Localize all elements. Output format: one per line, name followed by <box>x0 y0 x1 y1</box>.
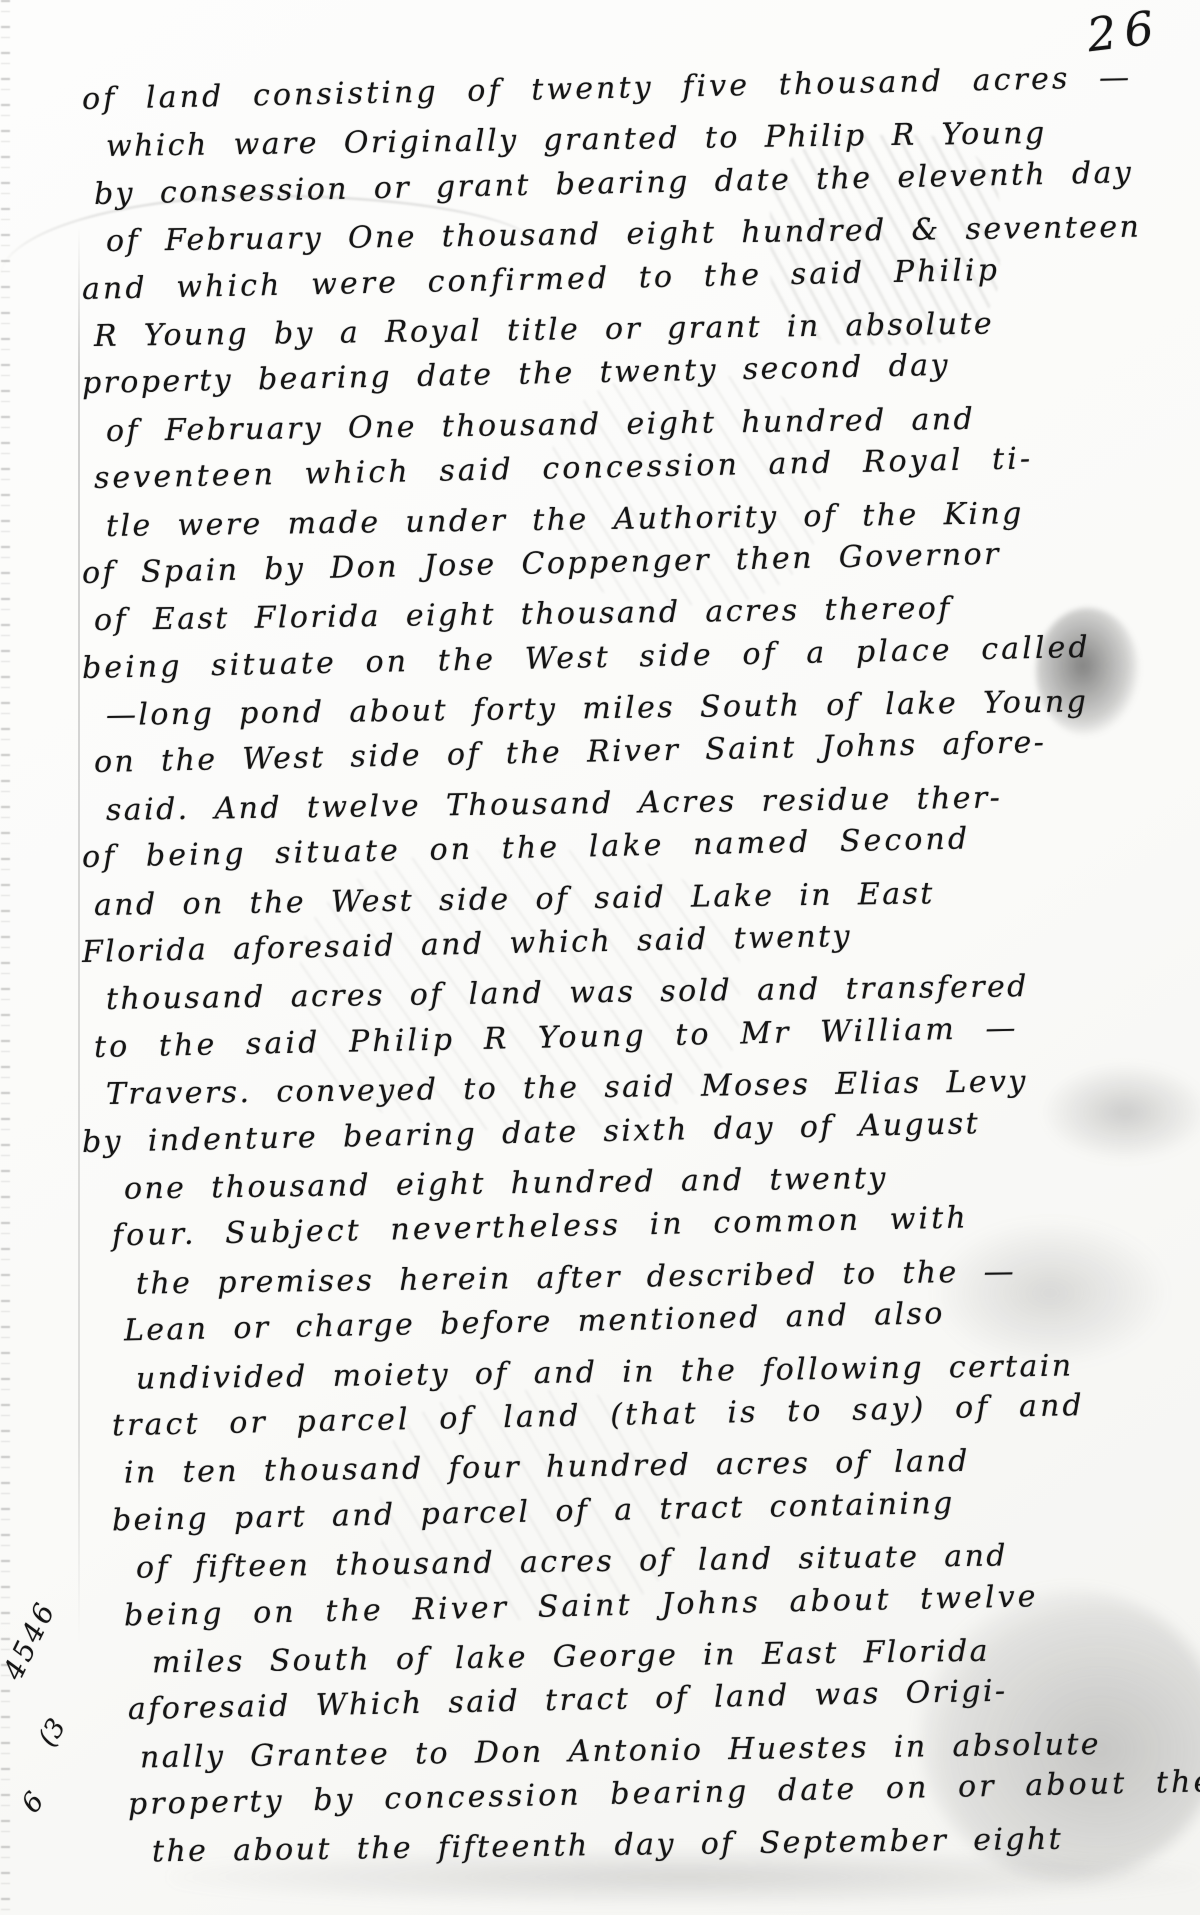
margin-note-archival: (3 <box>33 1713 73 1752</box>
scanned-document-page: 26 4546 (3 6 of land consisting of twent… <box>0 0 1200 1915</box>
handwritten-text-block: of land consisting of twenty five thousa… <box>82 76 1200 1877</box>
margin-note-archival: 6 <box>16 1786 51 1819</box>
paper-fold-crease <box>78 225 80 1645</box>
scan-edge-artifact <box>1 0 10 1915</box>
